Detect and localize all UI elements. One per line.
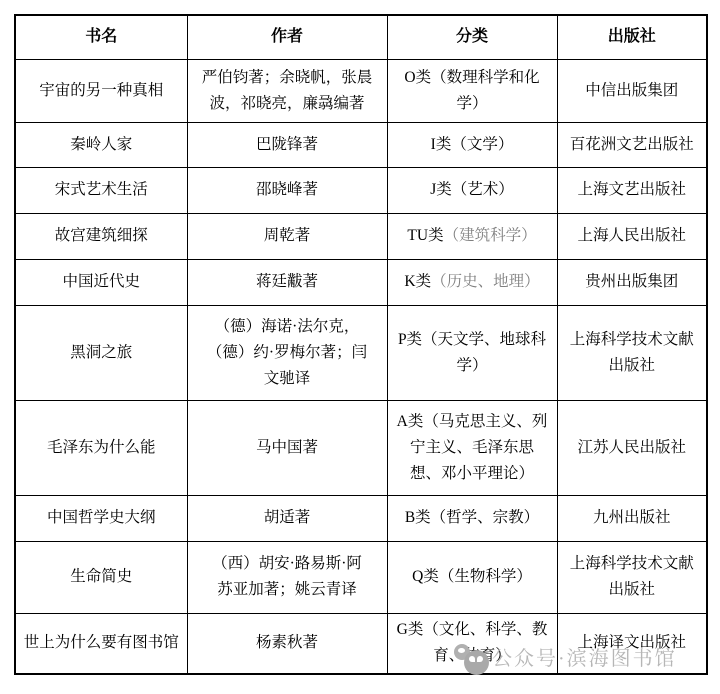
cell-author: 周乾著: [187, 213, 387, 259]
cell-title: 中国近代史: [15, 259, 187, 305]
cell-publisher: 九州出版社: [557, 495, 707, 541]
table-row: 故宫建筑细探 周乾著 TU类（建筑科学） 上海人民出版社: [15, 213, 707, 259]
cell-publisher: 中信出版集团: [557, 59, 707, 122]
cell-category: TU类（建筑科学）: [387, 213, 557, 259]
cell-publisher: 上海人民出版社: [557, 213, 707, 259]
wechat-official-account-icon: [452, 643, 492, 675]
watermark: 公众号·滨海图书馆: [452, 643, 677, 675]
cell-category: O类（数理科学和化 学）: [387, 59, 557, 122]
category-main: Q类（生物科学）: [412, 568, 532, 585]
table-row: 黑洞之旅 （德）海诺·法尔克， （德）约·罗梅尔著；闫 文驰译 P类（天文学、地…: [15, 305, 707, 400]
category-main: I类（文学）: [431, 136, 514, 153]
cell-title: 宇宙的另一种真相: [15, 59, 187, 122]
cell-title: 宋式艺术生活: [15, 167, 187, 213]
header-cell-publisher: 出版社: [557, 15, 707, 59]
cell-category: Q类（生物科学）: [387, 541, 557, 613]
cell-title: 黑洞之旅: [15, 305, 187, 400]
header-cell-title: 书名: [15, 15, 187, 59]
cell-author: 胡适著: [187, 495, 387, 541]
cell-title: 世上为什么要有图书馆: [15, 613, 187, 674]
cell-category: B类（哲学、宗教）: [387, 495, 557, 541]
cell-author: 巴陇锋著: [187, 122, 387, 167]
cell-author: 邵晓峰著: [187, 167, 387, 213]
cell-title: 中国哲学史大纲: [15, 495, 187, 541]
table-row: 生命简史 （西）胡安·路易斯·阿 苏亚加著；姚云青译 Q类（生物科学） 上海科学…: [15, 541, 707, 613]
cell-author: （德）海诺·法尔克， （德）约·罗梅尔著；闫 文驰译: [187, 305, 387, 400]
cell-category: A类（马克思主义、列 宁主义、毛泽东思 想、邓小平理论）: [387, 400, 557, 495]
header-row: 书名 作者 分类 出版社: [15, 15, 707, 59]
category-muted: （历史、地理）: [431, 273, 540, 290]
watermark-text: 公众号·滨海图书馆: [492, 643, 677, 675]
cell-publisher: 江苏人民出版社: [557, 400, 707, 495]
cell-category: P类（天文学、地球科 学）: [387, 305, 557, 400]
cell-title: 秦岭人家: [15, 122, 187, 167]
table-row: 宋式艺术生活 邵晓峰著 J类（艺术） 上海文艺出版社: [15, 167, 707, 213]
table-row: 中国近代史 蒋廷黻著 K类（历史、地理） 贵州出版集团: [15, 259, 707, 305]
category-main: P类（天文学、地球科 学）: [398, 331, 546, 374]
cell-author: 杨素秋著: [187, 613, 387, 674]
table-row: 秦岭人家 巴陇锋著 I类（文学） 百花洲文艺出版社: [15, 122, 707, 167]
cell-publisher: 贵州出版集团: [557, 259, 707, 305]
cell-publisher: 上海科学技术文献 出版社: [557, 305, 707, 400]
cell-category: J类（艺术）: [387, 167, 557, 213]
cell-publisher: 百花洲文艺出版社: [557, 122, 707, 167]
table-row: 毛泽东为什么能 马中国著 A类（马克思主义、列 宁主义、毛泽东思 想、邓小平理论…: [15, 400, 707, 495]
cell-title: 生命简史: [15, 541, 187, 613]
cell-category: I类（文学）: [387, 122, 557, 167]
cell-title: 故宫建筑细探: [15, 213, 187, 259]
page: 书名 作者 分类 出版社 宇宙的另一种真相 严伯钧著；余晓帆，张晨 波，祁晓亮，…: [0, 0, 720, 694]
header-cell-category: 分类: [387, 15, 557, 59]
table-row: 中国哲学史大纲 胡适著 B类（哲学、宗教） 九州出版社: [15, 495, 707, 541]
cell-author: （西）胡安·路易斯·阿 苏亚加著；姚云青译: [187, 541, 387, 613]
category-main: TU类: [407, 227, 443, 244]
cell-title: 毛泽东为什么能: [15, 400, 187, 495]
cell-author: 马中国著: [187, 400, 387, 495]
cell-publisher: 上海文艺出版社: [557, 167, 707, 213]
category-muted: （建筑科学）: [444, 227, 537, 244]
category-main: B类（哲学、宗教）: [405, 509, 539, 526]
table-row: 宇宙的另一种真相 严伯钧著；余晓帆，张晨 波，祁晓亮，廉骉编著 O类（数理科学和…: [15, 59, 707, 122]
cell-publisher: 上海科学技术文献 出版社: [557, 541, 707, 613]
cell-author: 严伯钧著；余晓帆，张晨 波，祁晓亮，廉骉编著: [187, 59, 387, 122]
book-list-table: 书名 作者 分类 出版社 宇宙的另一种真相 严伯钧著；余晓帆，张晨 波，祁晓亮，…: [14, 14, 708, 675]
category-main: O类（数理科学和化 学）: [404, 69, 539, 112]
category-main: K类: [404, 273, 431, 290]
header-cell-author: 作者: [187, 15, 387, 59]
cell-author: 蒋廷黻著: [187, 259, 387, 305]
category-main: J类（艺术）: [430, 181, 514, 198]
cell-category: K类（历史、地理）: [387, 259, 557, 305]
category-main: A类（马克思主义、列 宁主义、毛泽东思 想、邓小平理论）: [397, 413, 548, 482]
